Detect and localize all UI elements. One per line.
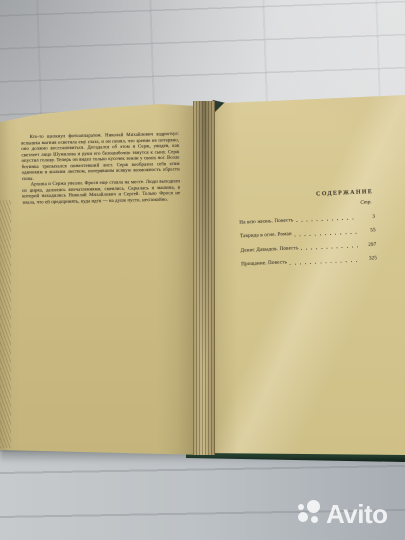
toc-entry-title: Таврида в огне. Роман [240,232,292,239]
toc-entry-title: На всю жизнь. Повесть [239,217,293,225]
avito-logo-icon [291,498,323,530]
story-paragraph: Архипа и Сержа увезли. Фрося еще стояла … [22,179,180,206]
toc-entry-page: 325 [362,256,378,262]
story-paragraph: Кто-то щелкнул фотоаппаратом. Николай Ми… [21,132,180,183]
page-gutter [193,101,215,455]
toc-dot-leader [296,214,358,223]
table-of-contents: СОДЕРЖАНИЕ Стр. На всю жизнь. Повесть 3 … [238,188,377,267]
toc-row: На всю жизнь. Повесть 3 [239,213,375,225]
toc-dot-leader [301,242,359,251]
left-page-text: Кто-то щелкнул фотоаппаратом. Николай Ми… [21,132,180,206]
toc-dot-leader [294,228,358,237]
toc-entry-title: Денис Давыдов. Повесть [240,245,298,253]
toc-page-column-header: Стр. [239,200,375,211]
toc-row: Таврида в огне. Роман 55 [240,227,376,239]
toc-entry-page: 297 [361,242,377,248]
left-page-fore-edge [0,200,11,448]
listing-photo: Кто-то щелкнул фотоаппаратом. Николай Ми… [0,0,405,540]
toc-entry-page: 3 [360,214,376,220]
avito-watermark: Avito [291,498,388,530]
toc-entry-page: 55 [360,228,376,234]
toc-row: Денис Давыдов. Повесть 297 [240,241,376,253]
avito-wordmark: Avito [326,498,388,530]
